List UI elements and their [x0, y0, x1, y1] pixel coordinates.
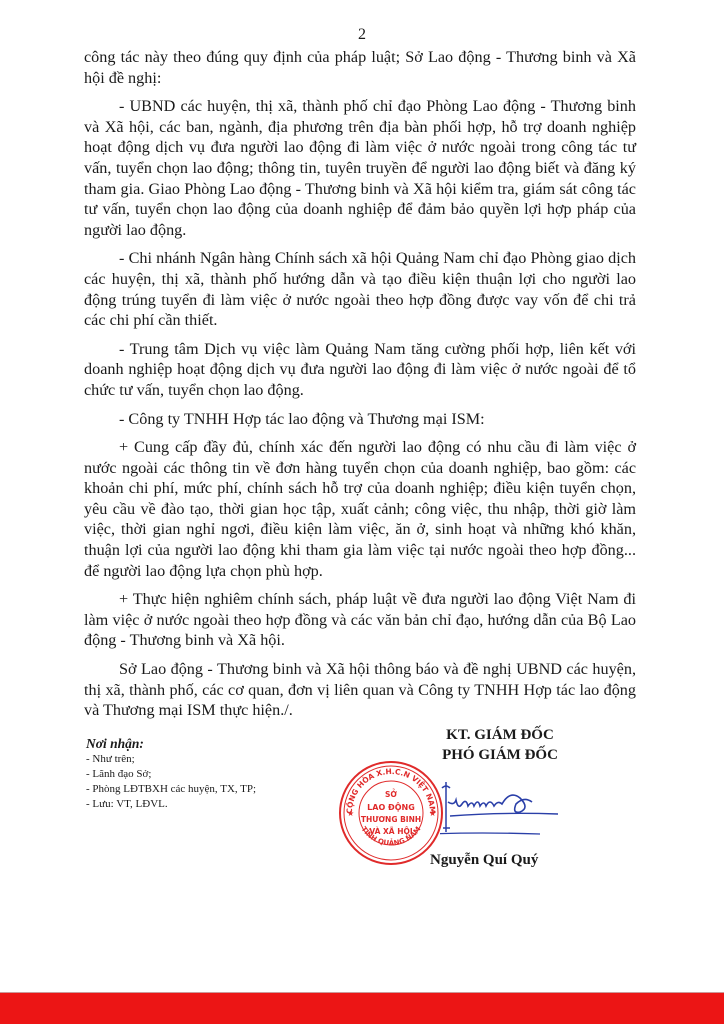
paragraph: + Thực hiện nghiêm chính sách, pháp luật…	[84, 589, 636, 651]
svg-text:★: ★	[347, 809, 354, 818]
paragraph: - Trung tâm Dịch vụ việc làm Quảng Nam t…	[84, 339, 636, 401]
document-body: công tác này theo đúng quy định của pháp…	[84, 47, 636, 729]
footer-bar	[0, 993, 724, 1024]
paragraph: - Chi nhánh Ngân hàng Chính sách xã hội …	[84, 248, 636, 330]
svg-text:★: ★	[429, 809, 436, 818]
paragraph: - UBND các huyện, thị xã, thành phố chỉ …	[84, 96, 636, 240]
svg-text:LAO ĐỘNG: LAO ĐỘNG	[367, 802, 415, 812]
svg-text:THƯƠNG BINH: THƯƠNG BINH	[361, 815, 421, 824]
recipients-block: Nơi nhận: - Như trên; - Lãnh đạo Sở; - P…	[86, 735, 256, 812]
svg-text:SỞ: SỞ	[385, 789, 397, 799]
paragraph: công tác này theo đúng quy định của pháp…	[84, 47, 636, 88]
recipient-item: - Phòng LĐTBXH các huyện, TX, TP;	[86, 782, 256, 797]
paragraph: + Cung cấp đầy đủ, chính xác đến người l…	[84, 437, 636, 581]
recipients-title: Nơi nhận:	[86, 735, 256, 752]
paragraph: Sở Lao động - Thương binh và Xã hội thôn…	[84, 659, 636, 721]
handwritten-signature-icon	[440, 778, 560, 838]
recipient-item: - Lãnh đạo Sở;	[86, 767, 256, 782]
paragraph: - Công ty TNHH Hợp tác lao động và Thươn…	[84, 409, 636, 430]
recipient-item: - Như trên;	[86, 752, 256, 767]
official-stamp-icon: CỘNG HÒA X.H.C.N VIỆT NAM TỈNH QUẢNG NAM…	[338, 760, 444, 866]
page-number: 2	[0, 26, 724, 44]
signer-name: Nguyễn Quí Quý	[430, 852, 538, 869]
recipient-item: - Lưu: VT, LĐVL.	[86, 797, 256, 812]
signer-title-line1: KT. GIÁM ĐỐC	[400, 725, 600, 745]
svg-text:VÀ XÃ HỘI: VÀ XÃ HỘI	[369, 827, 413, 836]
signer-title-block: KT. GIÁM ĐỐC PHÓ GIÁM ĐỐC	[400, 725, 600, 765]
